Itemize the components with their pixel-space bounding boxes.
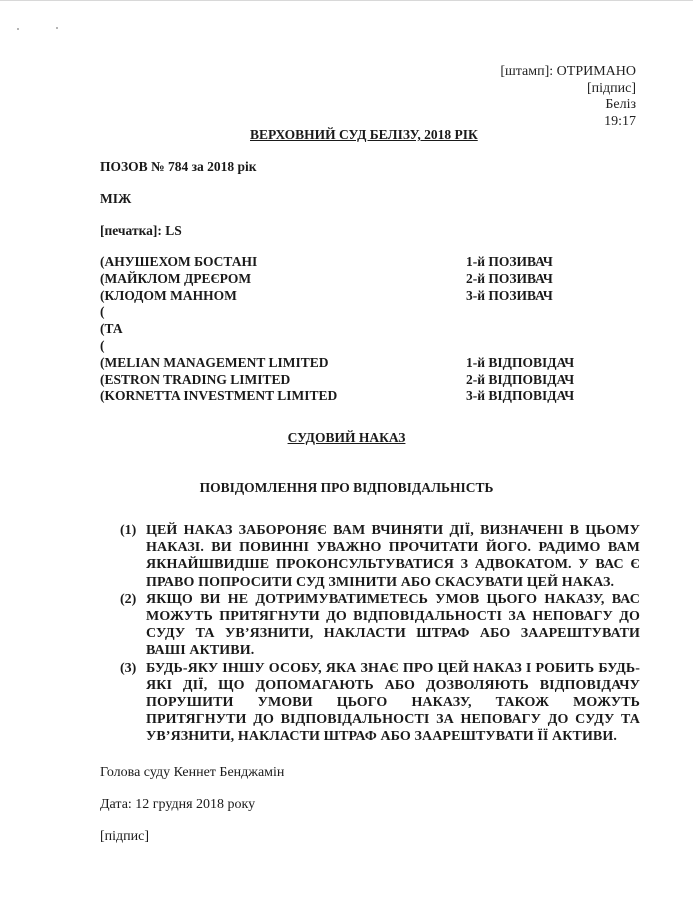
- scan-speck: [56, 27, 58, 29]
- clause-item: (2) ЯКЩО ВИ НЕ ДОТРИМУВАТИМЕТЕСЬ УМОВ ЦЬ…: [120, 591, 640, 660]
- party-role: 2-й ВІДПОВІДАЧ: [466, 372, 574, 389]
- scan-speck: [17, 28, 19, 30]
- claim-number: ПОЗОВ № 784 за 2018 рік: [100, 159, 257, 175]
- party-name: (MELIAN MANAGEMENT LIMITED: [100, 355, 329, 372]
- notice-title: ПОВІДОМЛЕННЯ ПРО ВІДПОВІДАЛЬНІСТЬ: [0, 480, 693, 496]
- between-label: МІЖ: [100, 191, 131, 207]
- clause-item: (1) ЦЕЙ НАКАЗ ЗАБОРОНЯЄ ВАМ ВЧИНЯТИ ДІЇ,…: [120, 522, 640, 591]
- signature-placeholder: [підпис]: [100, 829, 149, 845]
- party-row: (KORNETTA INVESTMENT LIMITED 3-й ВІДПОВІ…: [100, 388, 600, 405]
- party-name: (АНУШЕХОМ БОСТАНІ: [100, 254, 257, 271]
- clause-number: (2): [120, 591, 136, 608]
- party-name: (: [100, 304, 105, 321]
- received-stamp: [штамп]: ОТРИМАНО [підпис] Беліз 19:17: [500, 64, 636, 130]
- document-page: [штамп]: ОТРИМАНО [підпис] Беліз 19:17 В…: [0, 0, 693, 913]
- party-role: 2-й ПОЗИВАЧ: [466, 271, 553, 288]
- party-row: (МАЙКЛОМ ДРЕЄРОМ 2-й ПОЗИВАЧ: [100, 271, 600, 288]
- party-row: (КЛОДОМ МАННОМ 3-й ПОЗИВАЧ: [100, 288, 600, 305]
- stamp-line: Беліз: [500, 97, 636, 114]
- stamp-line: [підпис]: [500, 81, 636, 98]
- party-name: (КЛОДОМ МАННОМ: [100, 288, 237, 305]
- party-name: (: [100, 338, 105, 355]
- clause-text: ЯКЩО ВИ НЕ ДОТРИМУВАТИМЕТЕСЬ УМОВ ЦЬОГО …: [146, 591, 640, 660]
- party-role: 3-й ПОЗИВАЧ: [466, 288, 553, 305]
- party-role: 3-й ВІДПОВІДАЧ: [466, 388, 574, 405]
- clause-number: (3): [120, 660, 136, 677]
- party-row: (АНУШЕХОМ БОСТАНІ 1-й ПОЗИВАЧ: [100, 254, 600, 271]
- clause-list: (1) ЦЕЙ НАКАЗ ЗАБОРОНЯЄ ВАМ ВЧИНЯТИ ДІЇ,…: [120, 522, 640, 746]
- party-role: 1-й ПОЗИВАЧ: [466, 254, 553, 271]
- party-name: (KORNETTA INVESTMENT LIMITED: [100, 388, 337, 405]
- court-title: ВЕРХОВНИЙ СУД БЕЛІЗУ, 2018 РІК: [250, 127, 478, 143]
- clause-number: (1): [120, 522, 136, 539]
- stamp-line: [штамп]: ОТРИМАНО: [500, 64, 636, 81]
- scan-edge-line: [0, 0, 693, 1]
- party-row: (ТА: [100, 321, 600, 338]
- order-title-row: СУДОВИЙ НАКАЗ: [0, 430, 693, 446]
- clause-text: ЦЕЙ НАКАЗ ЗАБОРОНЯЄ ВАМ ВЧИНЯТИ ДІЇ, ВИЗ…: [146, 522, 640, 591]
- party-row: (: [100, 304, 600, 321]
- judge-name: Голова суду Кеннет Бенджамін: [100, 765, 284, 781]
- party-role: 1-й ВІДПОВІДАЧ: [466, 355, 574, 372]
- parties-list: (АНУШЕХОМ БОСТАНІ 1-й ПОЗИВАЧ (МАЙКЛОМ Д…: [100, 254, 600, 405]
- party-name: (ESTRON TRADING LIMITED: [100, 372, 290, 389]
- party-name: (МАЙКЛОМ ДРЕЄРОМ: [100, 271, 251, 288]
- seal-label: [печатка]: LS: [100, 223, 182, 239]
- clause-item: (3) БУДЬ-ЯКУ ІНШУ ОСОБУ, ЯКА ЗНАЄ ПРО ЦЕ…: [120, 660, 640, 746]
- party-row: (MELIAN MANAGEMENT LIMITED 1-й ВІДПОВІДА…: [100, 355, 600, 372]
- clause-text: БУДЬ-ЯКУ ІНШУ ОСОБУ, ЯКА ЗНАЄ ПРО ЦЕЙ НА…: [146, 660, 640, 746]
- order-date: Дата: 12 грудня 2018 року: [100, 797, 255, 813]
- order-title: СУДОВИЙ НАКАЗ: [288, 430, 406, 445]
- party-row: (: [100, 338, 600, 355]
- party-row: (ESTRON TRADING LIMITED 2-й ВІДПОВІДАЧ: [100, 372, 600, 389]
- party-name: (ТА: [100, 321, 123, 338]
- stamp-line: 19:17: [500, 114, 636, 131]
